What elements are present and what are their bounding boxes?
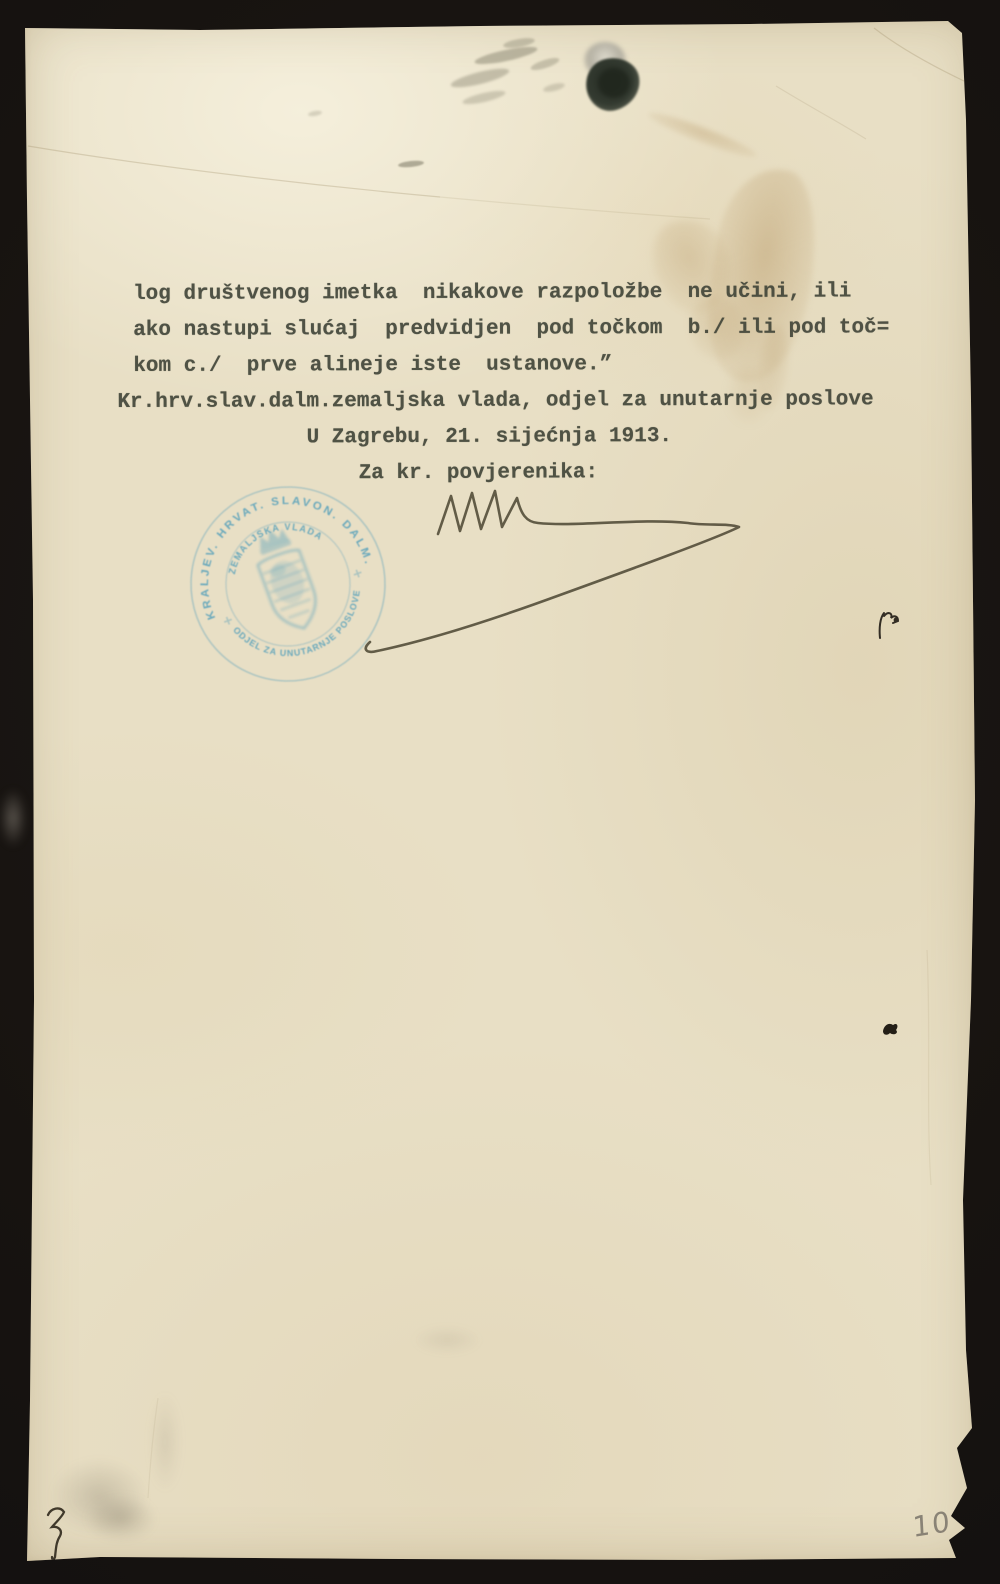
small-ink-squiggle	[880, 613, 899, 638]
crease-line	[440, 197, 710, 219]
ink-marks-layer: 10	[0, 0, 1000, 1584]
signature-ink	[366, 491, 739, 652]
document-paper: log društvenog imetka nikakove razpoložb…	[0, 0, 1000, 1584]
corner-ink-scribble	[48, 1508, 64, 1559]
crease-line	[28, 146, 440, 197]
scan-background: log društvenog imetka nikakove razpoložb…	[0, 0, 1000, 1584]
ink-spot	[883, 1024, 897, 1035]
crease-line	[148, 1398, 158, 1498]
crease-line	[927, 950, 931, 1185]
crease-line	[874, 28, 966, 82]
border-smudge	[0, 790, 26, 846]
crease-lines	[28, 28, 966, 1498]
page-number-pencil-annotation: 10	[912, 1505, 953, 1544]
crease-line	[776, 86, 866, 139]
